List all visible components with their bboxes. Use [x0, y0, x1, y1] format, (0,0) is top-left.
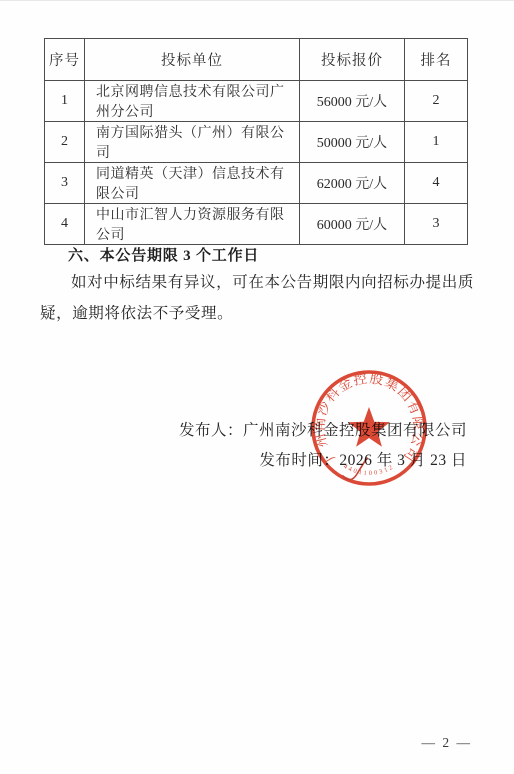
cell-no: 3 [45, 163, 85, 204]
cell-price: 62000 元/人 [300, 163, 405, 204]
cell-no: 2 [45, 122, 85, 163]
cell-rank: 2 [405, 81, 468, 122]
publish-date-line: 发布时间：2026 年 3 月 23 日 [259, 448, 467, 470]
cell-rank: 1 [405, 122, 468, 163]
cell-price: 56000 元/人 [300, 81, 405, 122]
page-number: — 2 — [422, 735, 473, 751]
publisher-line: 发布人：广州南沙科金控股集团有限公司 [179, 418, 467, 440]
table-row: 4 中山市汇智人力资源服务有限公司 60000 元/人 3 [45, 204, 468, 245]
table-row: 1 北京网聘信息技术有限公司广州分公司 56000 元/人 2 [45, 81, 468, 122]
section-heading: 六、本公告期限 3 个工作日 [68, 244, 259, 265]
announcement-page: 序号 投标单位 投标报价 排名 1 北京网聘信息技术有限公司广州分公司 5600… [0, 0, 514, 774]
cell-price: 60000 元/人 [300, 204, 405, 245]
col-header-company: 投标单位 [85, 39, 300, 81]
col-header-no: 序号 [45, 39, 85, 81]
col-header-price: 投标报价 [300, 39, 405, 81]
table-header-row: 序号 投标单位 投标报价 排名 [45, 39, 468, 81]
bid-result-table: 序号 投标单位 投标报价 排名 1 北京网聘信息技术有限公司广州分公司 5600… [44, 38, 468, 245]
objection-paragraph: 如对中标结果有异议，可在本公告期限内向招标办提出质疑，逾期将依法不予受理。 [40, 267, 474, 329]
cell-rank: 3 [405, 204, 468, 245]
cell-no: 4 [45, 204, 85, 245]
cell-company: 南方国际猎头（广州）有限公司 [85, 122, 300, 163]
cell-company: 中山市汇智人力资源服务有限公司 [85, 204, 300, 245]
cell-rank: 4 [405, 163, 468, 204]
table-row: 2 南方国际猎头（广州）有限公司 50000 元/人 1 [45, 122, 468, 163]
cell-company: 同道精英（天津）信息技术有限公司 [85, 163, 300, 204]
cell-company: 北京网聘信息技术有限公司广州分公司 [85, 81, 300, 122]
table-row: 3 同道精英（天津）信息技术有限公司 62000 元/人 4 [45, 163, 468, 204]
cell-no: 1 [45, 81, 85, 122]
col-header-rank: 排名 [405, 39, 468, 81]
cell-price: 50000 元/人 [300, 122, 405, 163]
